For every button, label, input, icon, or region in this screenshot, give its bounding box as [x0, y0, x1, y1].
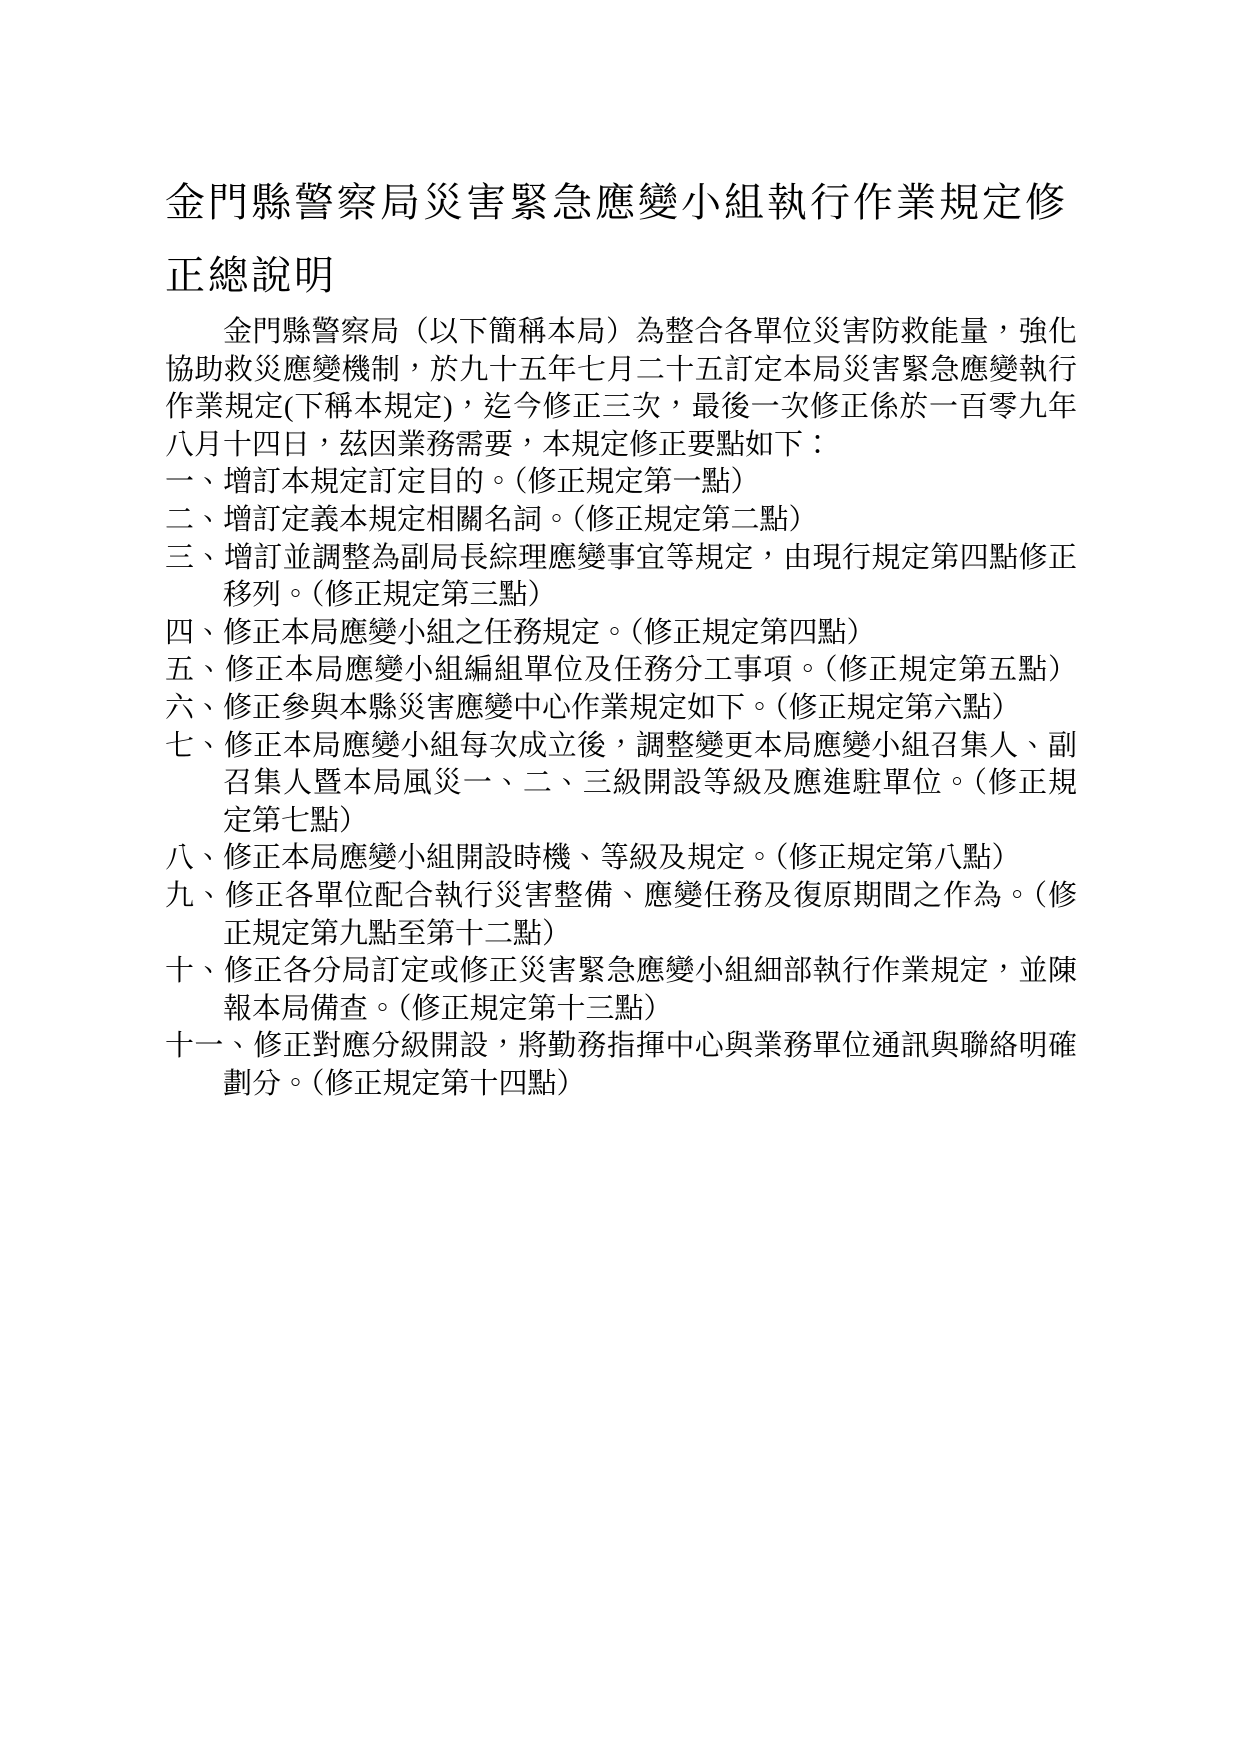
list-line: 十一、修正對應分級開設，將勤務指揮中心與業務單位通訊與聯絡明確 [165, 1028, 1077, 1066]
list-line: 八、修正本局應變小組開設時機、等級及規定。（修正規定第八點） [165, 840, 1077, 878]
list-line: 六、修正參與本縣災害應變中心作業規定如下。（修正規定第六點） [165, 690, 1077, 728]
paragraph-line: 作業規定(下稱本規定)，迄今修正三次，最後一次修正係於一百零九年 [165, 389, 1077, 427]
amendment-item-3: 三、增訂並調整為副局長綜理應變事宜等規定，由現行規定第四點修正 移列。（修正規定… [165, 540, 1077, 615]
intro-paragraph: 金門縣警察局（以下簡稱本局）為整合各單位災害防救能量，強化 協助救災應變機制，於… [165, 314, 1077, 464]
document-content: 金門縣警察局災害緊急應變小組執行作業規定修 正總說明 金門縣警察局（以下簡稱本局… [165, 0, 1077, 1103]
amendment-item-11: 十一、修正對應分級開設，將勤務指揮中心與業務單位通訊與聯絡明確 劃分。（修正規定… [165, 1028, 1077, 1103]
list-line: 劃分。（修正規定第十四點） [165, 1066, 1077, 1104]
document-title-line-1: 金門縣警察局災害緊急應變小組執行作業規定修 [165, 166, 1077, 239]
paragraph-line: 八月十四日，茲因業務需要，本規定修正要點如下： [165, 427, 1077, 465]
list-line: 三、增訂並調整為副局長綜理應變事宜等規定，由現行規定第四點修正 [165, 540, 1077, 578]
amendment-item-4: 四、修正本局應變小組之任務規定。（修正規定第四點） [165, 615, 1077, 653]
list-line: 一、增訂本規定訂定目的。（修正規定第一點） [165, 464, 1077, 502]
amendment-item-5: 五、修正本局應變小組編組單位及任務分工事項。（修正規定第五點） [165, 652, 1077, 690]
list-line: 移列。（修正規定第三點） [165, 577, 1077, 615]
amendment-item-9: 九、修正各單位配合執行災害整備、應變任務及復原期間之作為。（修 正規定第九點至第… [165, 878, 1077, 953]
list-line: 定第七點） [165, 803, 1077, 841]
paragraph-line: 金門縣警察局（以下簡稱本局）為整合各單位災害防救能量，強化 [165, 314, 1077, 352]
paragraph-line: 協助救災應變機制，於九十五年七月二十五訂定本局災害緊急應變執行 [165, 352, 1077, 390]
amendment-item-8: 八、修正本局應變小組開設時機、等級及規定。（修正規定第八點） [165, 840, 1077, 878]
list-line: 五、修正本局應變小組編組單位及任務分工事項。（修正規定第五點） [165, 652, 1077, 690]
list-line: 報本局備查。（修正規定第十三點） [165, 991, 1077, 1029]
document-page: 金門縣警察局災害緊急應變小組執行作業規定修 正總說明 金門縣警察局（以下簡稱本局… [0, 0, 1240, 1754]
document-title: 金門縣警察局災害緊急應變小組執行作業規定修 正總說明 [165, 166, 1077, 312]
amendment-item-10: 十、修正各分局訂定或修正災害緊急應變小組細部執行作業規定，並陳 報本局備查。（修… [165, 953, 1077, 1028]
amendment-item-7: 七、修正本局應變小組每次成立後，調整變更本局應變小組召集人、副 召集人暨本局風災… [165, 728, 1077, 841]
amendment-list: 一、增訂本規定訂定目的。（修正規定第一點） 二、增訂定義本規定相關名詞。（修正規… [165, 464, 1077, 1103]
list-line: 二、增訂定義本規定相關名詞。（修正規定第二點） [165, 502, 1077, 540]
amendment-item-1: 一、增訂本規定訂定目的。（修正規定第一點） [165, 464, 1077, 502]
list-line: 召集人暨本局風災一、二、三級開設等級及應進駐單位。（修正規 [165, 765, 1077, 803]
document-body: 金門縣警察局（以下簡稱本局）為整合各單位災害防救能量，強化 協助救災應變機制，於… [165, 314, 1077, 1103]
list-line: 九、修正各單位配合執行災害整備、應變任務及復原期間之作為。（修 [165, 878, 1077, 916]
list-line: 四、修正本局應變小組之任務規定。（修正規定第四點） [165, 615, 1077, 653]
list-line: 正規定第九點至第十二點） [165, 916, 1077, 954]
list-line: 十、修正各分局訂定或修正災害緊急應變小組細部執行作業規定，並陳 [165, 953, 1077, 991]
list-line: 七、修正本局應變小組每次成立後，調整變更本局應變小組召集人、副 [165, 728, 1077, 766]
amendment-item-2: 二、增訂定義本規定相關名詞。（修正規定第二點） [165, 502, 1077, 540]
document-title-line-2: 正總說明 [165, 239, 1077, 312]
amendment-item-6: 六、修正參與本縣災害應變中心作業規定如下。（修正規定第六點） [165, 690, 1077, 728]
